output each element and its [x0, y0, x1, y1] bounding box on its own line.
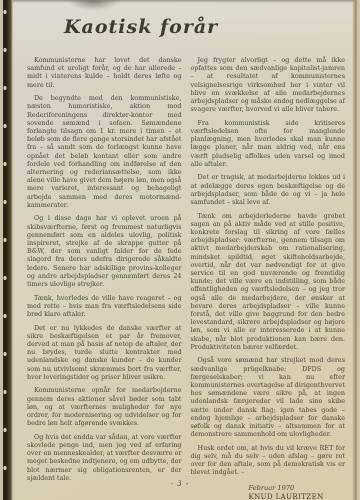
left-column: Kommunisterne har lovet det danske samfu…	[27, 56, 182, 500]
binding-spine	[0, 0, 13, 500]
paragraph: Og hvis det endda var sådan, at vore vær…	[27, 433, 182, 482]
paragraph: Jeg frygter alvorligt – og dette må ikke…	[191, 56, 346, 113]
paragraph: Kommunisterne har lovet det danske samfu…	[27, 56, 182, 89]
scan-smudge	[68, 0, 120, 10]
paragraph: Husk ordet om, at hvis du vil kræve RET …	[191, 444, 346, 477]
signature-name: KNUD LAURITZEN	[249, 493, 346, 500]
paragraph: Og i disse dage har vi oplevet uroen på …	[27, 214, 182, 288]
paragraph: Tænk om arbejderlederne havde grebet sag…	[191, 212, 346, 351]
paragraph: Tænk, hvorledes de ville have reageret –…	[27, 294, 182, 319]
page-number: - 3 -	[0, 480, 360, 488]
paragraph: Det er tragisk, at medarbejderne lokkes …	[191, 173, 346, 206]
paragraph: Det er nu lykkedes de danske værfter at …	[27, 324, 182, 381]
scanned-page: Kaotisk forår Kommunisterne har lovet de…	[0, 0, 360, 500]
right-column: Jeg frygter alvorligt – og dette må ikke…	[191, 56, 346, 500]
page-title: Kaotisk forår	[64, 16, 218, 38]
paragraph: Kommunisterne opnår for medarbejderne ge…	[27, 386, 182, 427]
paragraph: De begyndte med den kommunistiske, næste…	[27, 94, 182, 209]
paragraph: Fra kommunistisk side kritiseres værftsl…	[191, 119, 346, 168]
page-edge	[352, 0, 360, 500]
paragraph: Også vore sømænd har strejket mod deres …	[191, 356, 346, 438]
article-body: Kommunisterne har lovet det danske samfu…	[27, 56, 345, 500]
